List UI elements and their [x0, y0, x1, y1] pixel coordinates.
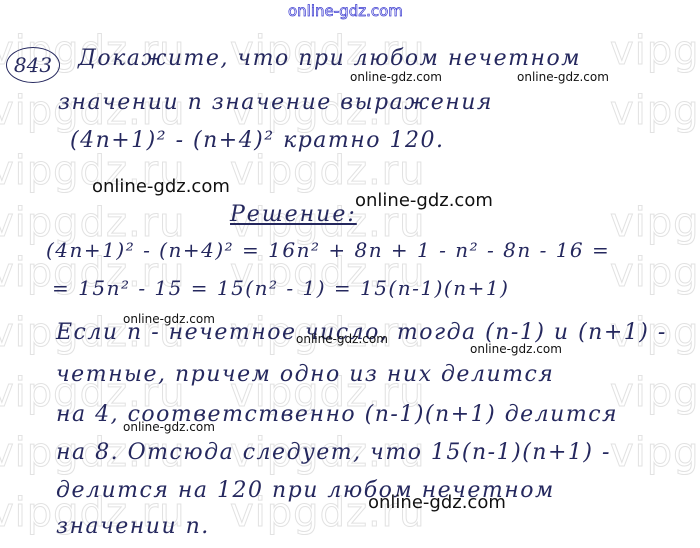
watermark-vipgdz: vipgdz.ru — [610, 200, 700, 246]
watermark-online-gdz: online-gdz.com — [350, 70, 442, 84]
watermark-online-gdz: online-gdz.com — [470, 342, 562, 356]
watermark-online-gdz: online-gdz.com — [92, 176, 230, 197]
problem-number-text: 843 — [14, 53, 52, 77]
watermark-online-gdz: online-gdz.com — [355, 190, 493, 211]
statement-line-2: значении n значение выражения — [58, 90, 493, 115]
solution-line-1: (4n+1)² - (n+4)² = 16n² + 8n + 1 - n² - … — [46, 238, 610, 262]
homework-page: vipgdz.ru vipgdz.ru vipgdz.ru vipgdz.ru … — [0, 0, 700, 548]
watermark-vipgdz: vipgdz.ru — [610, 370, 700, 416]
solution-line-8: значении n. — [56, 514, 210, 539]
solution-heading: Решение: — [230, 202, 357, 227]
watermark-vipgdz: vipgdz.ru — [610, 88, 700, 134]
watermark-online-gdz: online-gdz.com — [368, 492, 506, 513]
watermark-vipgdz: vipgdz.ru — [230, 148, 425, 194]
watermark-vipgdz: vipgdz.ru — [610, 430, 700, 476]
watermark-vipgdz: vipgdz.ru — [610, 28, 700, 74]
problem-number: 843 — [6, 47, 60, 83]
statement-line-1: Докажите, что при любом нечетном — [78, 46, 581, 71]
solution-line-2: = 15n² - 15 = 15(n² - 1) = 15(n-1)(n+1) — [52, 276, 509, 300]
watermark-vipgdz: vipgdz.ru — [610, 250, 700, 296]
solution-line-6: на 8. Отсюда следует, что 15(n-1)(n+1) - — [56, 440, 611, 465]
solution-line-4: четные, причем одно из них делится — [56, 362, 554, 387]
watermark-top: online-gdz.com — [288, 2, 403, 20]
watermark-online-gdz: online-gdz.com — [123, 420, 215, 434]
watermark-online-gdz: online-gdz.com — [123, 312, 215, 326]
watermark-online-gdz: online-gdz.com — [517, 70, 609, 84]
statement-line-3: (4n+1)² - (n+4)² кратно 120. — [70, 128, 445, 153]
watermark-online-gdz: online-gdz.com — [296, 332, 388, 346]
